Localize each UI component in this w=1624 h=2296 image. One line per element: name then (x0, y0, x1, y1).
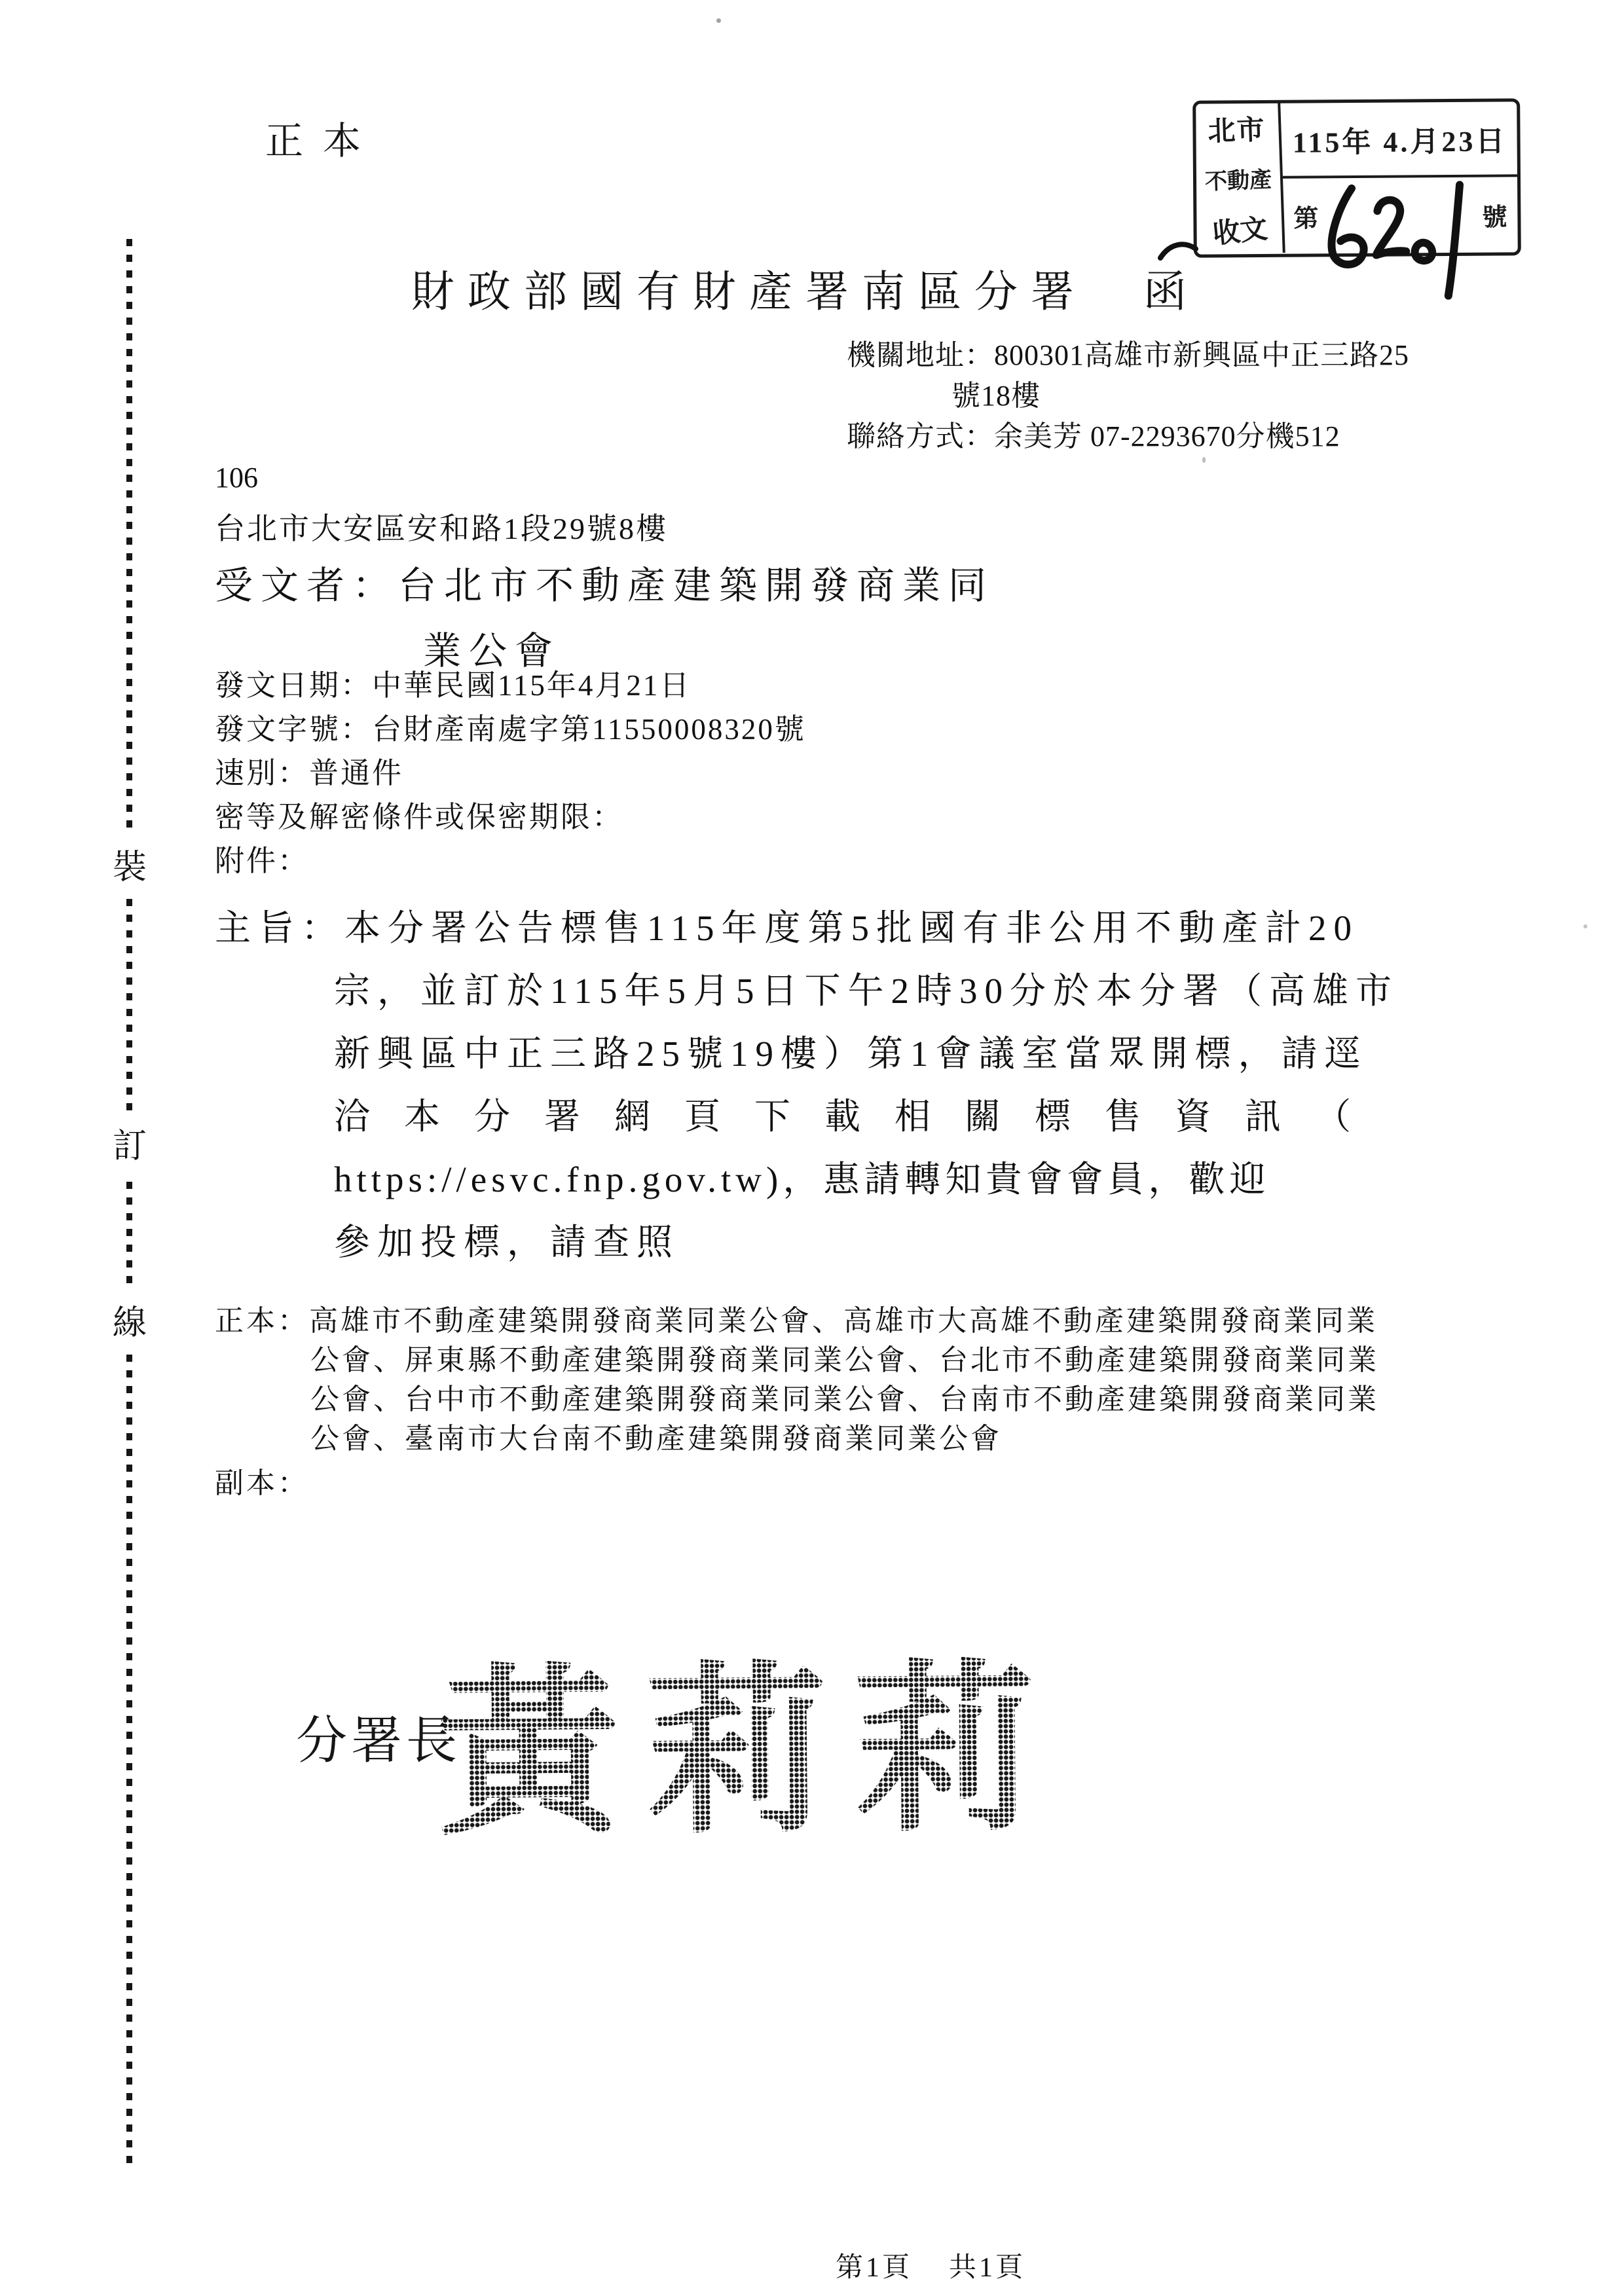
signer-title: 分署長 (296, 1700, 461, 1773)
stamp-received-date: 115年 4.月23日 (1282, 101, 1517, 178)
scan-speck (1202, 457, 1206, 463)
meta-issue-date: 發文日期：中華民國115年4月21日 (215, 664, 806, 708)
sender-contact-block: 機關地址：800301高雄市新興區中正三路25 號18樓 聯絡方式：余美芳 07… (847, 335, 1409, 457)
document-title: 財政部國有財產署南區分署 函 (411, 257, 1200, 319)
meta-attachment: 附件： (215, 839, 806, 883)
stamp-right-column: 115年 4.月23日 第 號 (1282, 101, 1518, 253)
subject-block: 主旨：本分署公告標售115年度第5批國有非公用不動產計20 宗，並訂於115年5… (215, 897, 1399, 1274)
page-footer: 第1頁共1頁 (836, 2246, 1025, 2285)
scan-speck (716, 18, 721, 23)
original-recipients-line: 正本：高雄市不動產建築開發商業同業公會、高雄市大高雄不動產建築開發商業同業 (215, 1302, 1379, 1341)
footer-total-pages: 共1頁 (949, 2253, 1025, 2283)
meta-security-class: 密等及解密條件或保密期限： (215, 795, 806, 839)
distribution-block: 正本：高雄市不動產建築開發商業同業公會、高雄市大高雄不動產建築開發商業同業 公會… (215, 1302, 1379, 1503)
subject-line: 主旨：本分署公告標售115年度第5批國有非公用不動產計20 (215, 897, 1399, 960)
stamp-number-suffix: 號 (1482, 196, 1507, 232)
footer-page-number: 第1頁 (836, 2253, 912, 2283)
binding-mark-zhuang: 裝 (109, 833, 151, 895)
stamp-number-row: 第 號 (1283, 177, 1518, 253)
subject-line: 新興區中正三路25號19樓）第1會議室當眾開標，請逕 (334, 1023, 1399, 1085)
receipt-date-stamp: 北市 不動產 收文 115年 4.月23日 第 號 (1192, 98, 1521, 257)
stamp-org-line2: 不動產 (1204, 162, 1272, 196)
document-meta-block: 發文日期：中華民國115年4月21日 發文字號：台財產南處字第115500083… (215, 664, 806, 883)
cc-label: 副本： (215, 1464, 1379, 1503)
copy-type-label: 正本 (265, 110, 380, 165)
meta-speed-class: 速別：普通件 (215, 752, 806, 795)
original-recipients-line: 公會、屏東縣不動產建築開發商業同業公會、台北市不動產建築開發商業同業 (310, 1341, 1379, 1380)
stamp-org-line3: 收文 (1211, 207, 1270, 251)
subject-line: 洽本分署網頁下載相關標售資訊（ (334, 1085, 1399, 1148)
agency-contact-line: 聯絡方式：余美芳 07-2293670分機512 (847, 416, 1409, 457)
recipient-zip: 106 (215, 461, 994, 494)
meta-doc-number: 發文字號：台財產南處字第11550008320號 (215, 708, 806, 752)
recipient-block: 106 台北市大安區安和路1段29號8樓 受文者：台北市不動產建築開發商業同 業… (215, 461, 994, 675)
recipient-address: 台北市大安區安和路1段29號8樓 (215, 505, 994, 548)
original-recipients-line: 公會、臺南市大台南不動產建築開發商業同業公會 (310, 1419, 1379, 1459)
subject-line-url: https://esvc.fnp.gov.tw)，惠請轉知貴會會員，歡迎 (334, 1148, 1399, 1211)
handwritten-number-6201-icon (1312, 173, 1476, 299)
agency-address-line2: 號18樓 (951, 376, 1409, 416)
official-letter-page: 正本 北市 不動產 收文 115年 4.月23日 第 號 (0, 0, 1624, 2296)
binding-mark-ding: 訂 (109, 1112, 151, 1174)
signer-name-stamp: 黃莉莉 (436, 1603, 1063, 1870)
scan-speck (1583, 924, 1587, 928)
binding-mark-xian: 線 (109, 1288, 151, 1351)
binding-dotted-line (126, 239, 132, 2167)
original-recipients-line: 公會、台中市不動產建築開發商業同業公會、台南市不動產建築開發商業同業 (310, 1380, 1379, 1419)
subject-line: 宗，並訂於115年5月5日下午2時30分於本分署（高雄市 (334, 960, 1399, 1023)
stamp-org-column: 北市 不動產 收文 (1194, 102, 1285, 255)
subject-line: 參加投標，請查照 (334, 1211, 1399, 1274)
stamp-org-line1: 北市 (1207, 108, 1266, 149)
recipient-name-line1: 受文者：台北市不動產建築開發商業同 (215, 555, 994, 610)
agency-address-line1: 機關地址：800301高雄市新興區中正三路25 (847, 335, 1409, 376)
